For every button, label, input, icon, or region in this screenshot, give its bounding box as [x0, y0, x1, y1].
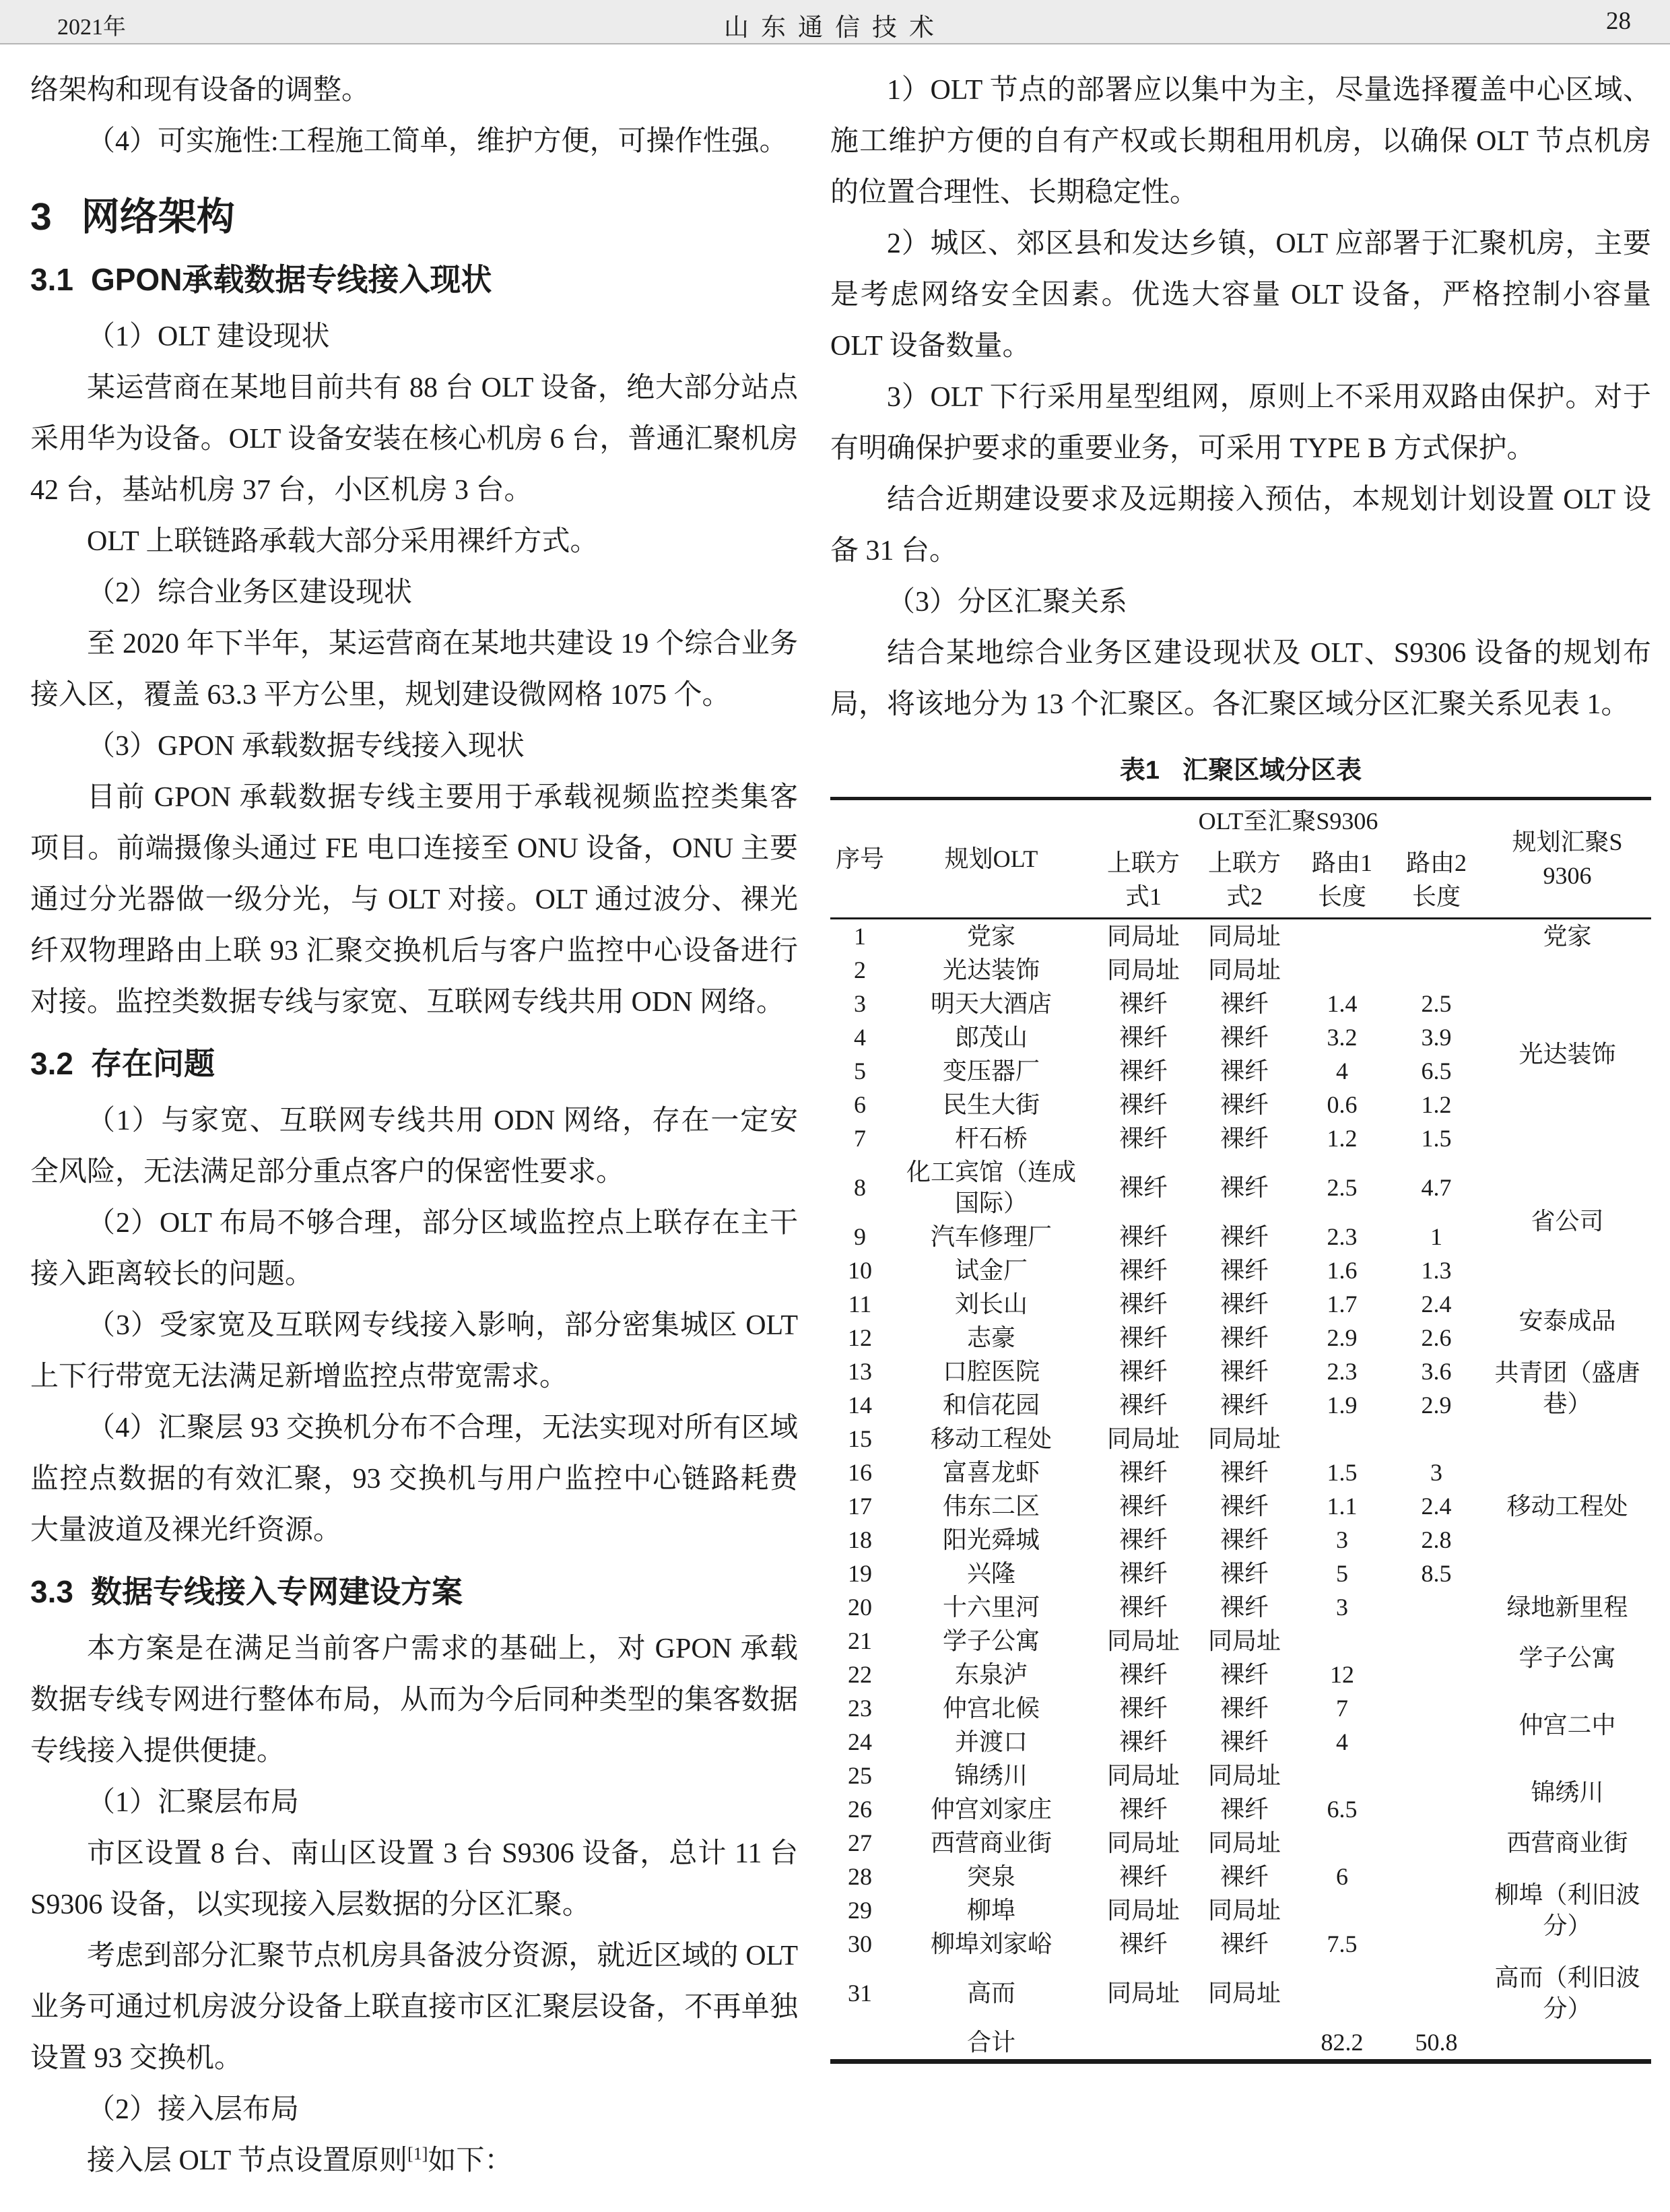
olt-cell: 高而 — [890, 1961, 1093, 2025]
two-column-body: 络架构和现有设备的调整。 （4）可实施性:工程施工简单，维护方便，可操作性强。 … — [0, 44, 1670, 2186]
route1-length-cell — [1295, 1961, 1389, 2025]
uplink1-cell: 同局址 — [1093, 1961, 1194, 2025]
olt-cell: 柳埠刘家峪 — [890, 1927, 1093, 1961]
uplink2-cell: 同局址 — [1194, 919, 1295, 954]
table-row: 31高而同局址同局址高而（利旧波分） — [830, 1961, 1651, 2025]
section-number: 3.3 — [30, 1574, 73, 1609]
seq-cell: 29 — [830, 1893, 890, 1927]
route1-length-cell: 6 — [1295, 1860, 1389, 1893]
uplink1-cell: 裸纤 — [1093, 1456, 1194, 1489]
uplink2-cell: 裸纤 — [1194, 1658, 1295, 1691]
route2-length-cell: 1.3 — [1389, 1254, 1483, 1287]
uplink2-cell: 裸纤 — [1194, 1355, 1295, 1388]
uplink1-cell: 同局址 — [1093, 1759, 1194, 1792]
paragraph: （3）分区汇聚关系 — [830, 577, 1651, 628]
paragraph: 某运营商在某地目前共有 88 台 OLT 设备，绝大部分站点采用华为设备。OLT… — [30, 362, 798, 516]
seq-cell: 22 — [830, 1658, 890, 1691]
route2-length-cell: 2.4 — [1389, 1287, 1483, 1321]
seq-cell: 11 — [830, 1287, 890, 1321]
seq-cell: 13 — [830, 1355, 890, 1388]
uplink1-cell: 裸纤 — [1093, 1489, 1194, 1523]
paragraph: 2）城区、郊区县和发达乡镇，OLT 应部署于汇聚机房，主要是考虑网络安全因素。优… — [830, 218, 1651, 372]
seq-cell: 4 — [830, 1020, 890, 1054]
route1-length-cell: 0.6 — [1295, 1088, 1389, 1121]
paragraph: （2）OLT 布局不够合理，部分区域监控点上联存在主干接入距离较长的问题。 — [30, 1198, 798, 1300]
paragraph: （2）综合业务区建设现状 — [30, 567, 798, 618]
table-row: 27西营商业街同局址同局址西营商业街 — [830, 1826, 1651, 1860]
s9306-cell: 安泰成品 — [1483, 1287, 1651, 1355]
paragraph: 考虑到部分汇聚节点机房具备波分资源，就近区域的 OLT 业务可通过机房波分设备上… — [30, 1930, 798, 2084]
route2-length-cell — [1389, 1691, 1483, 1725]
s9306-cell: 共青团（盛唐巷） — [1483, 1355, 1651, 1422]
table-row: 28突泉裸纤裸纤6柳埠（利旧波分） — [830, 1860, 1651, 1893]
route2-length-cell — [1389, 1826, 1483, 1860]
total-len2: 50.8 — [1389, 2025, 1483, 2062]
route1-length-cell — [1295, 1826, 1389, 1860]
uplink1-cell: 裸纤 — [1093, 1691, 1194, 1725]
uplink2-cell: 裸纤 — [1194, 1590, 1295, 1624]
section-number: 3.1 — [30, 262, 73, 297]
route1-length-cell: 12 — [1295, 1658, 1389, 1691]
uplink2-cell: 裸纤 — [1194, 987, 1295, 1020]
uplink1-cell: 裸纤 — [1093, 1355, 1194, 1388]
route2-length-cell — [1389, 1422, 1483, 1456]
route1-length-cell: 4 — [1295, 1725, 1389, 1759]
paragraph: （1）与家宽、互联网专线共用 ODN 网络，存在一定安全风险，无法满足部分重点客… — [30, 1095, 798, 1198]
paragraph-text: 接入层 OLT 节点设置原则 — [87, 2145, 407, 2176]
route1-length-cell — [1295, 1893, 1389, 1927]
olt-cell: 西营商业街 — [890, 1826, 1093, 1860]
uplink1-cell: 裸纤 — [1093, 1792, 1194, 1826]
table-row: 11刘长山裸纤裸纤1.72.4安泰成品 — [830, 1287, 1651, 1321]
uplink2-cell: 裸纤 — [1194, 1860, 1295, 1893]
olt-cell: 阳光舜城 — [890, 1523, 1093, 1557]
uplink1-cell: 裸纤 — [1093, 1557, 1194, 1590]
uplink1-cell: 裸纤 — [1093, 1020, 1194, 1054]
olt-cell: 试金厂 — [890, 1254, 1093, 1287]
paragraph: OLT 上联链路承载大部分采用裸纤方式。 — [30, 516, 798, 567]
uplink2-cell: 裸纤 — [1194, 1220, 1295, 1254]
route2-length-cell: 1 — [1389, 1220, 1483, 1254]
olt-cell: 明天大酒店 — [890, 987, 1093, 1020]
uplink2-cell: 裸纤 — [1194, 1388, 1295, 1422]
olt-cell: 变压器厂 — [890, 1054, 1093, 1088]
route1-length-cell — [1295, 919, 1389, 954]
uplink2-cell: 裸纤 — [1194, 1456, 1295, 1489]
section-number: 3.2 — [30, 1046, 73, 1081]
route2-length-cell — [1389, 1624, 1483, 1658]
seq-cell: 12 — [830, 1321, 890, 1355]
seq-cell: 25 — [830, 1759, 890, 1792]
route1-length-cell: 5 — [1295, 1557, 1389, 1590]
route1-length-cell: 1.7 — [1295, 1287, 1389, 1321]
route1-length-cell: 2.5 — [1295, 1155, 1389, 1220]
s9306-cell: 西营商业街 — [1483, 1826, 1651, 1860]
journal-running-head: 2021年 山东通信技术 28 — [0, 0, 1670, 44]
seq-cell: 24 — [830, 1725, 890, 1759]
header-page-number: 28 — [1606, 7, 1631, 36]
paragraph: 结合近期建设要求及远期接入预估，本规划计划设置 OLT 设备 31 台。 — [830, 474, 1651, 577]
uplink2-cell: 同局址 — [1194, 1759, 1295, 1792]
header-journal-title: 山东通信技术 — [724, 7, 946, 43]
olt-cell: 学子公寓 — [890, 1624, 1093, 1658]
seq-cell: 21 — [830, 1624, 890, 1658]
route2-length-cell: 2.4 — [1389, 1489, 1483, 1523]
table-row: 21学子公寓同局址同局址学子公寓 — [830, 1624, 1651, 1658]
olt-cell: 郎茂山 — [890, 1020, 1093, 1054]
route1-length-cell: 1.2 — [1295, 1121, 1389, 1155]
uplink1-cell: 裸纤 — [1093, 1725, 1194, 1759]
uplink2-cell: 同局址 — [1194, 1624, 1295, 1658]
s9306-cell: 仲宫二中 — [1483, 1691, 1651, 1759]
uplink1-cell: 同局址 — [1093, 919, 1194, 954]
olt-cell: 富喜龙虾 — [890, 1456, 1093, 1489]
col-header-len1: 路由1长度 — [1295, 842, 1389, 919]
route2-length-cell — [1389, 1927, 1483, 1961]
seq-cell: 14 — [830, 1388, 890, 1422]
uplink2-cell: 裸纤 — [1194, 1287, 1295, 1321]
uplink2-cell: 裸纤 — [1194, 1725, 1295, 1759]
seq-cell: 20 — [830, 1590, 890, 1624]
paragraph: 络架构和现有设备的调整。 — [30, 65, 798, 116]
route2-length-cell: 8.5 — [1389, 1557, 1483, 1590]
route1-length-cell — [1295, 1422, 1389, 1456]
route2-length-cell — [1389, 1590, 1483, 1624]
route1-length-cell: 1.5 — [1295, 1456, 1389, 1489]
olt-cell: 化工宾馆（连成国际） — [890, 1155, 1093, 1220]
uplink2-cell: 裸纤 — [1194, 1088, 1295, 1121]
uplink1-cell: 裸纤 — [1093, 1321, 1194, 1355]
uplink2-cell: 同局址 — [1194, 1826, 1295, 1860]
paragraph: （3）受家宽及互联网专线接入影响，部分密集城区 OLT 上下行带宽无法满足新增监… — [30, 1300, 798, 1402]
seq-cell: 6 — [830, 1088, 890, 1121]
route2-length-cell — [1389, 1658, 1483, 1691]
paragraph: 本方案是在满足当前客户需求的基础上，对 GPON 承载数据专线专网进行整体布局，… — [30, 1623, 798, 1777]
olt-cell: 汽车修理厂 — [890, 1220, 1093, 1254]
section-title: 数据专线接入专网建设方案 — [91, 1574, 463, 1609]
route1-length-cell — [1295, 953, 1389, 987]
table-caption-label: 表1 — [1120, 756, 1160, 785]
uplink1-cell: 同局址 — [1093, 953, 1194, 987]
table-row: 20十六里河裸纤裸纤3绿地新里程 — [830, 1590, 1651, 1624]
table-row: 13口腔医院裸纤裸纤2.33.6共青团（盛唐巷） — [830, 1355, 1651, 1388]
uplink1-cell: 同局址 — [1093, 1893, 1194, 1927]
route1-length-cell: 1.1 — [1295, 1489, 1389, 1523]
olt-cell: 东泉泸 — [890, 1658, 1093, 1691]
s9306-cell: 学子公寓 — [1483, 1624, 1651, 1691]
section-heading-3: 3网络架构 — [30, 193, 798, 241]
s9306-cell: 绿地新里程 — [1483, 1590, 1651, 1624]
col-header-olt: 规划OLT — [890, 799, 1093, 919]
uplink1-cell: 裸纤 — [1093, 1523, 1194, 1557]
route1-length-cell: 2.3 — [1295, 1355, 1389, 1388]
paragraph: （2）接入层布局 — [30, 2084, 798, 2135]
route2-length-cell — [1389, 953, 1483, 987]
olt-cell: 杆石桥 — [890, 1121, 1093, 1155]
uplink1-cell: 裸纤 — [1093, 1860, 1194, 1893]
seq-cell: 3 — [830, 987, 890, 1020]
olt-cell: 柳埠 — [890, 1893, 1093, 1927]
s9306-cell: 省公司 — [1483, 1155, 1651, 1287]
route2-length-cell — [1389, 1792, 1483, 1826]
olt-cell: 锦绣川 — [890, 1759, 1093, 1792]
uplink2-cell: 裸纤 — [1194, 1927, 1295, 1961]
paragraph: （4）汇聚层 93 交换机分布不合理，无法实现对所有区域监控点数据的有效汇聚，9… — [30, 1402, 798, 1556]
seq-cell: 5 — [830, 1054, 890, 1088]
uplink2-cell: 裸纤 — [1194, 1254, 1295, 1287]
paragraph-text: 如下： — [428, 2145, 512, 2176]
seq-cell: 17 — [830, 1489, 890, 1523]
route1-length-cell: 7.5 — [1295, 1927, 1389, 1961]
olt-cell: 移动工程处 — [890, 1422, 1093, 1456]
section-title: 存在问题 — [91, 1046, 215, 1081]
uplink2-cell: 裸纤 — [1194, 1691, 1295, 1725]
section-heading-3-3: 3.3数据专线接入专网建设方案 — [30, 1571, 798, 1613]
uplink2-cell: 裸纤 — [1194, 1121, 1295, 1155]
s9306-cell: 移动工程处 — [1483, 1422, 1651, 1590]
uplink2-cell: 裸纤 — [1194, 1557, 1295, 1590]
olt-cell: 光达装饰 — [890, 953, 1093, 987]
s9306-cell: 光达装饰 — [1483, 953, 1651, 1155]
left-column: 络架构和现有设备的调整。 （4）可实施性:工程施工简单，维护方便，可操作性强。 … — [30, 65, 798, 2186]
seq-cell: 2 — [830, 953, 890, 987]
empty-cell — [1093, 2025, 1194, 2062]
section-title: GPON承载数据专线接入现状 — [91, 262, 492, 297]
seq-cell: 30 — [830, 1927, 890, 1961]
table-header: 序号 规划OLT OLT至汇聚S9306 规划汇聚S9306 上联方式1 上联方… — [830, 799, 1651, 919]
olt-cell: 伟东二区 — [890, 1489, 1093, 1523]
route1-length-cell: 1.4 — [1295, 987, 1389, 1020]
uplink1-cell: 裸纤 — [1093, 1658, 1194, 1691]
uplink1-cell: 同局址 — [1093, 1624, 1194, 1658]
seq-cell: 16 — [830, 1456, 890, 1489]
uplink2-cell: 裸纤 — [1194, 1489, 1295, 1523]
table-row: 23仲宫北候裸纤裸纤7仲宫二中 — [830, 1691, 1651, 1725]
uplink1-cell: 裸纤 — [1093, 1287, 1194, 1321]
olt-cell: 突泉 — [890, 1860, 1093, 1893]
table-row: 1党家同局址同局址党家 — [830, 919, 1651, 954]
route2-length-cell — [1389, 1961, 1483, 2025]
uplink2-cell: 同局址 — [1194, 1893, 1295, 1927]
seq-cell: 10 — [830, 1254, 890, 1287]
paragraph: 至 2020 年下半年，某运营商在某地共建设 19 个综合业务接入区，覆盖 63… — [30, 618, 798, 721]
header-year: 2021年 — [57, 8, 126, 41]
col-header-seq: 序号 — [830, 799, 890, 919]
seq-cell: 7 — [830, 1121, 890, 1155]
uplink2-cell: 裸纤 — [1194, 1020, 1295, 1054]
route1-length-cell: 6.5 — [1295, 1792, 1389, 1826]
uplink1-cell: 同局址 — [1093, 1422, 1194, 1456]
olt-cell: 仲宫北候 — [890, 1691, 1093, 1725]
route1-length-cell: 4 — [1295, 1054, 1389, 1088]
route2-length-cell: 2.5 — [1389, 987, 1483, 1020]
uplink2-cell: 裸纤 — [1194, 1523, 1295, 1557]
route1-length-cell: 3.2 — [1295, 1020, 1389, 1054]
route2-length-cell — [1389, 1725, 1483, 1759]
uplink1-cell: 裸纤 — [1093, 1220, 1194, 1254]
route1-length-cell: 2.9 — [1295, 1321, 1389, 1355]
route2-length-cell: 3 — [1389, 1456, 1483, 1489]
col-header-up2: 上联方式2 — [1194, 842, 1295, 919]
s9306-cell: 锦绣川 — [1483, 1759, 1651, 1826]
paragraph: （4）可实施性:工程施工简单，维护方便，可操作性强。 — [30, 116, 798, 167]
uplink1-cell: 裸纤 — [1093, 1254, 1194, 1287]
paragraph: （1）汇聚层布局 — [30, 1777, 798, 1828]
uplink1-cell: 裸纤 — [1093, 1155, 1194, 1220]
uplink1-cell: 同局址 — [1093, 1826, 1194, 1860]
route1-length-cell: 3 — [1295, 1523, 1389, 1557]
paragraph: 结合某地综合业务区建设现状及 OLT、S9306 设备的规划布局，将该地分为 1… — [830, 628, 1651, 730]
paragraph: 市区设置 8 台、南山区设置 3 台 S9306 设备，总计 11 台 S930… — [30, 1828, 798, 1930]
paragraph-with-footnote: 接入层 OLT 节点设置原则[1]如下： — [30, 2135, 798, 2186]
uplink1-cell: 裸纤 — [1093, 1590, 1194, 1624]
route1-length-cell — [1295, 1624, 1389, 1658]
empty-cell — [1483, 2025, 1651, 2062]
aggregation-zone-table: 序号 规划OLT OLT至汇聚S9306 规划汇聚S9306 上联方式1 上联方… — [830, 797, 1651, 2064]
s9306-cell: 高而（利旧波分） — [1483, 1961, 1651, 2025]
uplink2-cell: 裸纤 — [1194, 1321, 1295, 1355]
table-footer: 合计 82.2 50.8 — [830, 2025, 1651, 2062]
route2-length-cell: 3.9 — [1389, 1020, 1483, 1054]
route1-length-cell: 1.6 — [1295, 1254, 1389, 1287]
route2-length-cell — [1389, 1860, 1483, 1893]
route2-length-cell — [1389, 1893, 1483, 1927]
section-heading-3-2: 3.2存在问题 — [30, 1043, 798, 1084]
section-number: 3 — [30, 195, 52, 238]
seq-cell: 28 — [830, 1860, 890, 1893]
table-body: 1党家同局址同局址党家2光达装饰同局址同局址光达装饰3明天大酒店裸纤裸纤1.42… — [830, 919, 1651, 2026]
uplink1-cell: 裸纤 — [1093, 1054, 1194, 1088]
paragraph: 1）OLT 节点的部署应以集中为主，尽量选择覆盖中心区域、施工维护方便的自有产权… — [830, 65, 1651, 218]
seq-cell: 31 — [830, 1961, 890, 2025]
olt-cell: 并渡口 — [890, 1725, 1093, 1759]
table-row: 15移动工程处同局址同局址移动工程处 — [830, 1422, 1651, 1456]
section-heading-3-1: 3.1GPON承载数据专线接入现状 — [30, 259, 798, 300]
uplink2-cell: 同局址 — [1194, 953, 1295, 987]
olt-cell: 和信花园 — [890, 1388, 1093, 1422]
route1-length-cell — [1295, 1759, 1389, 1792]
route2-length-cell: 2.8 — [1389, 1523, 1483, 1557]
empty-cell — [1194, 2025, 1295, 2062]
col-header-group: OLT至汇聚S9306 — [1093, 799, 1483, 843]
seq-cell: 18 — [830, 1523, 890, 1557]
olt-cell: 仲宫刘家庄 — [890, 1792, 1093, 1826]
paragraph: 目前 GPON 承载数据专线主要用于承载视频监控类集客项目。前端摄像头通过 FE… — [30, 772, 798, 1028]
seq-cell: 23 — [830, 1691, 890, 1725]
seq-cell: 9 — [830, 1220, 890, 1254]
olt-cell: 兴隆 — [890, 1557, 1093, 1590]
col-header-len2: 路由2长度 — [1389, 842, 1483, 919]
route2-length-cell: 3.6 — [1389, 1355, 1483, 1388]
seq-cell: 15 — [830, 1422, 890, 1456]
uplink1-cell: 裸纤 — [1093, 1121, 1194, 1155]
olt-cell: 十六里河 — [890, 1590, 1093, 1624]
s9306-cell: 柳埠（利旧波分） — [1483, 1860, 1651, 1961]
uplink2-cell: 裸纤 — [1194, 1792, 1295, 1826]
olt-cell: 党家 — [890, 919, 1093, 954]
uplink1-cell: 裸纤 — [1093, 1927, 1194, 1961]
route2-length-cell: 2.6 — [1389, 1321, 1483, 1355]
total-label: 合计 — [890, 2025, 1093, 2062]
route2-length-cell — [1389, 1759, 1483, 1792]
table-row: 25锦绣川同局址同局址锦绣川 — [830, 1759, 1651, 1792]
uplink2-cell: 裸纤 — [1194, 1155, 1295, 1220]
right-column: 1）OLT 节点的部署应以集中为主，尽量选择覆盖中心区域、施工维护方便的自有产权… — [830, 65, 1651, 2186]
route1-length-cell: 2.3 — [1295, 1220, 1389, 1254]
total-len1: 82.2 — [1295, 2025, 1389, 2062]
journal-page: { "page_header": { "year": "2021年", "jou… — [0, 0, 1670, 2212]
footnote-reference: [1] — [407, 2144, 428, 2164]
uplink1-cell: 裸纤 — [1093, 1388, 1194, 1422]
olt-cell: 口腔医院 — [890, 1355, 1093, 1388]
route2-length-cell: 6.5 — [1389, 1054, 1483, 1088]
table-caption: 表1汇聚区域分区表 — [830, 749, 1651, 786]
route2-length-cell — [1389, 919, 1483, 954]
table-row: 2光达装饰同局址同局址光达装饰 — [830, 953, 1651, 987]
seq-cell: 19 — [830, 1557, 890, 1590]
seq-cell: 26 — [830, 1792, 890, 1826]
route2-length-cell: 2.9 — [1389, 1388, 1483, 1422]
total-row: 合计 82.2 50.8 — [830, 2025, 1651, 2062]
olt-cell: 民生大街 — [890, 1088, 1093, 1121]
uplink1-cell: 裸纤 — [1093, 1088, 1194, 1121]
uplink2-cell: 同局址 — [1194, 1422, 1295, 1456]
s9306-cell: 党家 — [1483, 919, 1651, 954]
paragraph: （1）OLT 建设现状 — [30, 311, 798, 362]
seq-cell: 27 — [830, 1826, 890, 1860]
table-caption-title: 汇聚区域分区表 — [1182, 756, 1362, 785]
section-title: 网络架构 — [81, 195, 235, 238]
empty-cell — [830, 2025, 890, 2062]
paragraph: （3）GPON 承载数据专线接入现状 — [30, 721, 798, 772]
col-header-s9306: 规划汇聚S9306 — [1483, 799, 1651, 919]
uplink1-cell: 裸纤 — [1093, 987, 1194, 1020]
route1-length-cell: 1.9 — [1295, 1388, 1389, 1422]
olt-cell: 志豪 — [890, 1321, 1093, 1355]
table-row: 8化工宾馆（连成国际）裸纤裸纤2.54.7省公司 — [830, 1155, 1651, 1220]
route1-length-cell: 7 — [1295, 1691, 1389, 1725]
seq-cell: 1 — [830, 919, 890, 954]
route2-length-cell: 1.5 — [1389, 1121, 1483, 1155]
paragraph: 3）OLT 下行采用星型组网，原则上不采用双路由保护。对于有明确保护要求的重要业… — [830, 372, 1651, 474]
uplink2-cell: 裸纤 — [1194, 1054, 1295, 1088]
route1-length-cell: 3 — [1295, 1590, 1389, 1624]
uplink2-cell: 同局址 — [1194, 1961, 1295, 2025]
col-header-up1: 上联方式1 — [1093, 842, 1194, 919]
seq-cell: 8 — [830, 1155, 890, 1220]
olt-cell: 刘长山 — [890, 1287, 1093, 1321]
route2-length-cell: 4.7 — [1389, 1155, 1483, 1220]
route2-length-cell: 1.2 — [1389, 1088, 1483, 1121]
